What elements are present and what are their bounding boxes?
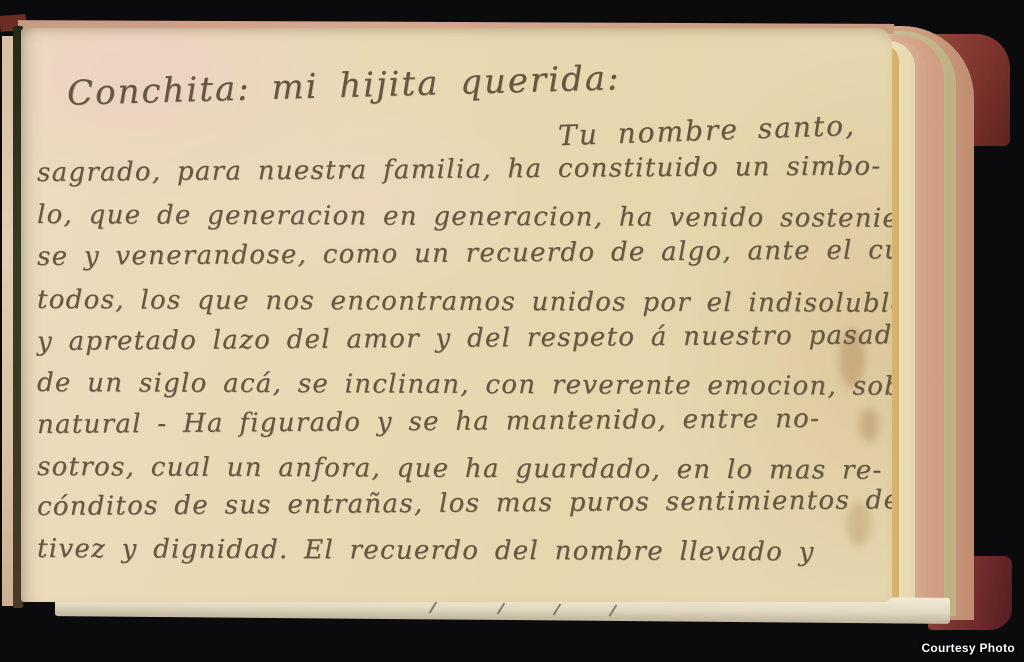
handwritten-line: se y venerandose, como un recuerdo de al… xyxy=(37,235,889,272)
handwritten-line: natural - Ha figurado y se ha mantenido,… xyxy=(37,403,889,440)
handwritten-line: todos, los que nos encontramos unidos po… xyxy=(37,285,889,319)
handwritten-line: de un siglo acá, se inclinan, con revere… xyxy=(37,368,889,402)
page-stack xyxy=(878,26,974,622)
handwritten-line: sagrado, para nuestra familia, ha consti… xyxy=(37,151,889,188)
photo-frame: Conchita: mi hijita querida: Tu nombre s… xyxy=(0,0,1024,662)
photo-credit: Courtesy Photo xyxy=(921,641,1015,655)
handwritten-line: lo, que de generacion en generacion, ha … xyxy=(37,200,889,234)
handwritten-line: cónditos de sus entrañas, los mas puros … xyxy=(37,485,889,522)
handwritten-line: sotros, cual un anfora, que ha guardado,… xyxy=(37,452,889,486)
handwritten-line: y apretado lazo del amor y del respeto á… xyxy=(37,320,889,357)
letter-opening-line: Tu nombre santo, xyxy=(558,109,857,152)
letter-page: Conchita: mi hijita querida: Tu nombre s… xyxy=(21,28,892,602)
letter-heading: Conchita: mi hijita querida: xyxy=(67,58,622,113)
handwriting: Conchita: mi hijita querida: Tu nombre s… xyxy=(21,28,892,602)
handwritten-line: tivez y dignidad. El recuerdo del nombre… xyxy=(37,534,889,568)
